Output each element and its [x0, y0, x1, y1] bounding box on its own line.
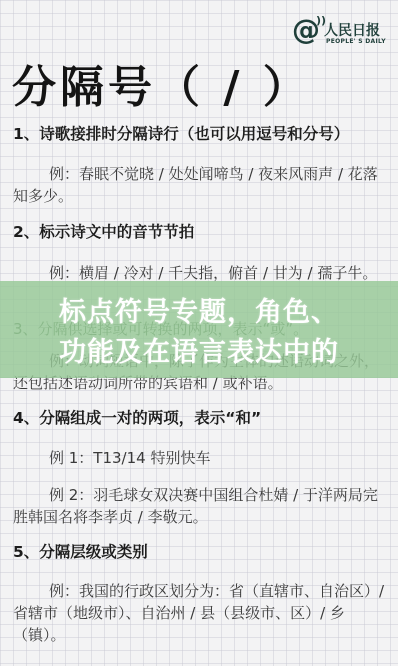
section-example-1: 例：春眠不觉晓 / 处处闻啼鸟 / 夜来风雨声 / 花落知多少。 — [13, 163, 388, 207]
section-example-5: 例：我国的行政区划分为：省（直辖市、自治区）/ 省辖市（地级市）、自治州 / 县… — [13, 580, 388, 646]
overlay-title-line-2: 功能及在语言表达中的 — [0, 336, 398, 370]
peoples-daily-logo: @ )) 人民日报 PEOPLE' S DAILY — [292, 14, 392, 48]
logo-name-en: PEOPLE' S DAILY — [326, 38, 386, 45]
section-example-4b: 例 2：羽毛球女双决赛中国组合杜婧 / 于洋两局完胜韩国名将李孝贞 / 李敬元。 — [13, 484, 388, 528]
section-heading-5: 5、分隔层级或类别 — [13, 542, 148, 562]
infographic-page: @ )) 人民日报 PEOPLE' S DAILY 分隔号（ / ） 1、诗歌接… — [0, 0, 398, 666]
section-heading-2: 2、标示诗文中的音节节拍 — [13, 222, 194, 242]
overlay-title-line-1: 标点符号专题，角色、 — [0, 296, 398, 330]
section-example-4a: 例 1：T13/14 特别快车 — [13, 447, 388, 469]
section-heading-1: 1、诗歌接排时分隔诗行（也可以用逗号和分号） — [13, 124, 349, 144]
logo-name-cn: 人民日报 — [324, 20, 380, 40]
page-title: 分隔号（ / ） — [12, 60, 311, 116]
section-heading-4: 4、分隔组成一对的两项，表示“和” — [13, 408, 261, 428]
